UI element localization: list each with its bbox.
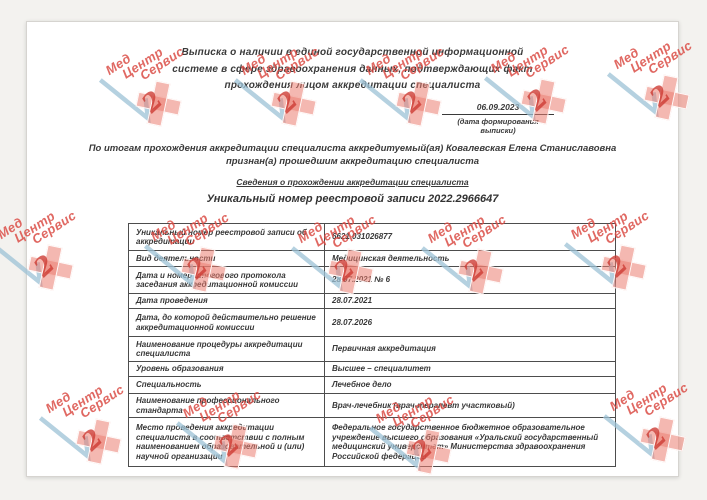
- table-row: Место проведения аккредитации специалист…: [129, 418, 616, 467]
- table-row: Уникальный номер реестровой записи об ак…: [129, 224, 616, 251]
- row-label: Специальность: [129, 377, 325, 394]
- row-label: Наименование процедуры аккредитации спец…: [129, 337, 325, 362]
- row-label: Вид деятельности: [129, 251, 325, 267]
- table-row: Вид деятельностиМедицинская деятельность: [129, 251, 616, 267]
- document-title: Выписка о наличии в единой государственн…: [27, 45, 678, 95]
- accreditation-table-body: Уникальный номер реестровой записи об ак…: [129, 224, 616, 467]
- row-value: Лечебное дело: [325, 377, 616, 394]
- extract-date-caption: (дата формирования выписки): [442, 117, 554, 135]
- row-label: Дата проведения: [129, 294, 325, 309]
- accreditation-table: Уникальный номер реестровой записи об ак…: [128, 223, 616, 467]
- table-row: СпециальностьЛечебное дело: [129, 377, 616, 394]
- row-value: 28.07.2026: [325, 309, 616, 337]
- table-row: Дата и номер итогового протокола заседан…: [129, 267, 616, 294]
- row-label: Место проведения аккредитации специалист…: [129, 418, 325, 467]
- row-label: Дата и номер итогового протокола заседан…: [129, 267, 325, 294]
- row-label: Наименование профессионального стандарта: [129, 394, 325, 418]
- section-title: Сведения о прохождении аккредитации спец…: [27, 177, 678, 187]
- row-label: Уровень образования: [129, 362, 325, 377]
- row-value: 28.07.2021: [325, 294, 616, 309]
- registry-number-line: Уникальный номер реестровой записи 2022.…: [27, 193, 678, 205]
- row-value: 28.07.2021 № 6: [325, 267, 616, 294]
- table-row: Дата проведения28.07.2021: [129, 294, 616, 309]
- row-label: Уникальный номер реестровой записи об ак…: [129, 224, 325, 251]
- row-label: Дата, до которой действительно решение а…: [129, 309, 325, 337]
- table-row: Дата, до которой действительно решение а…: [129, 309, 616, 337]
- row-value: Федеральное государственное бюджетное об…: [325, 418, 616, 467]
- extract-date-block: 06.09.2023 (дата формирования выписки): [442, 102, 554, 135]
- table-row: Наименование профессионального стандарта…: [129, 394, 616, 418]
- intro-paragraph: По итогам прохождения аккредитации специ…: [27, 142, 678, 168]
- row-value: Медицинская деятельность: [325, 251, 616, 267]
- row-value: Врач-лечебник (врач-терапевт участковый): [325, 394, 616, 418]
- table-row: Уровень образованияВысшее – специалитет: [129, 362, 616, 377]
- table-row: Наименование процедуры аккредитации спец…: [129, 337, 616, 362]
- row-value: Первичная аккредитация: [325, 337, 616, 362]
- row-value: Высшее – специалитет: [325, 362, 616, 377]
- row-value: 6621 031026877: [325, 224, 616, 251]
- extract-date: 06.09.2023: [442, 102, 554, 115]
- document-page: Выписка о наличии в единой государственн…: [26, 21, 679, 477]
